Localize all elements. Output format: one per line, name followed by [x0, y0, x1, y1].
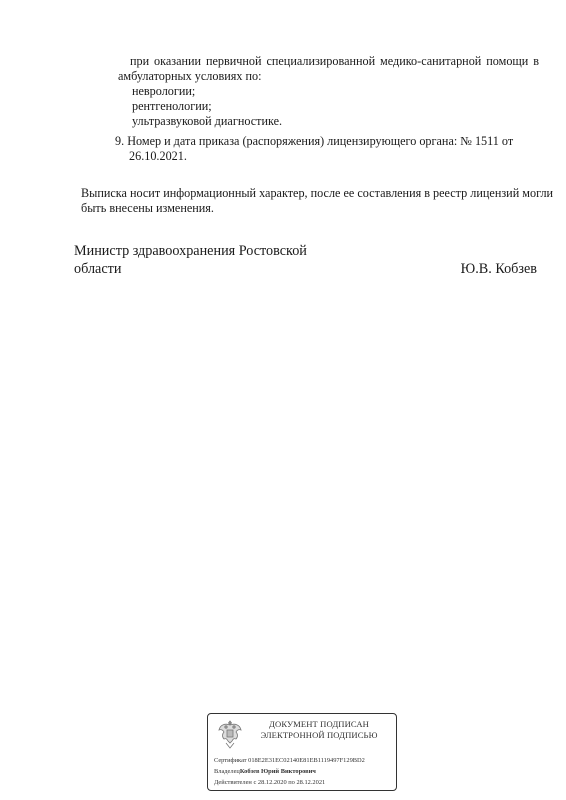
item9-line-2: 26.10.2021. [129, 149, 187, 164]
stamp-validity: Действителен с 28.12.2020 по 28.12.2021 [214, 778, 325, 787]
paragraph-line-1: при оказании первичной специализированно… [130, 54, 539, 69]
stamp-title: ДОКУМЕНТ ПОДПИСАН ЭЛЕКТРОННОЙ ПОДПИСЬЮ [248, 719, 390, 741]
list-item-ultrasound: ультразвуковой диагностике. [132, 114, 282, 129]
list-item-neurology: неврологии; [132, 84, 195, 99]
notice-line-2: быть внесены изменения. [81, 201, 214, 216]
list-item-radiology: рентгенологии; [132, 99, 212, 114]
coat-of-arms-icon [217, 718, 243, 750]
signatory-position-1: Министр здравоохранения Ростовской [74, 242, 307, 260]
signatory-position-2: области [74, 260, 121, 278]
item9-line-1: 9. Номер и дата приказа (распоряжения) л… [115, 134, 513, 149]
paragraph-line-2: амбулаторных условиях по: [118, 69, 262, 84]
stamp-owner: ВладелецКобзев Юрий Викторович [214, 767, 316, 776]
notice-line-1: Выписка носит информационный характер, п… [81, 186, 553, 201]
stamp-certificate: Сертификат 018E2E31EC02140E81EB1119497F1… [214, 756, 365, 765]
electronic-signature-stamp: ДОКУМЕНТ ПОДПИСАН ЭЛЕКТРОННОЙ ПОДПИСЬЮ С… [207, 713, 397, 791]
signatory-name: Ю.В. Кобзев [461, 260, 537, 278]
